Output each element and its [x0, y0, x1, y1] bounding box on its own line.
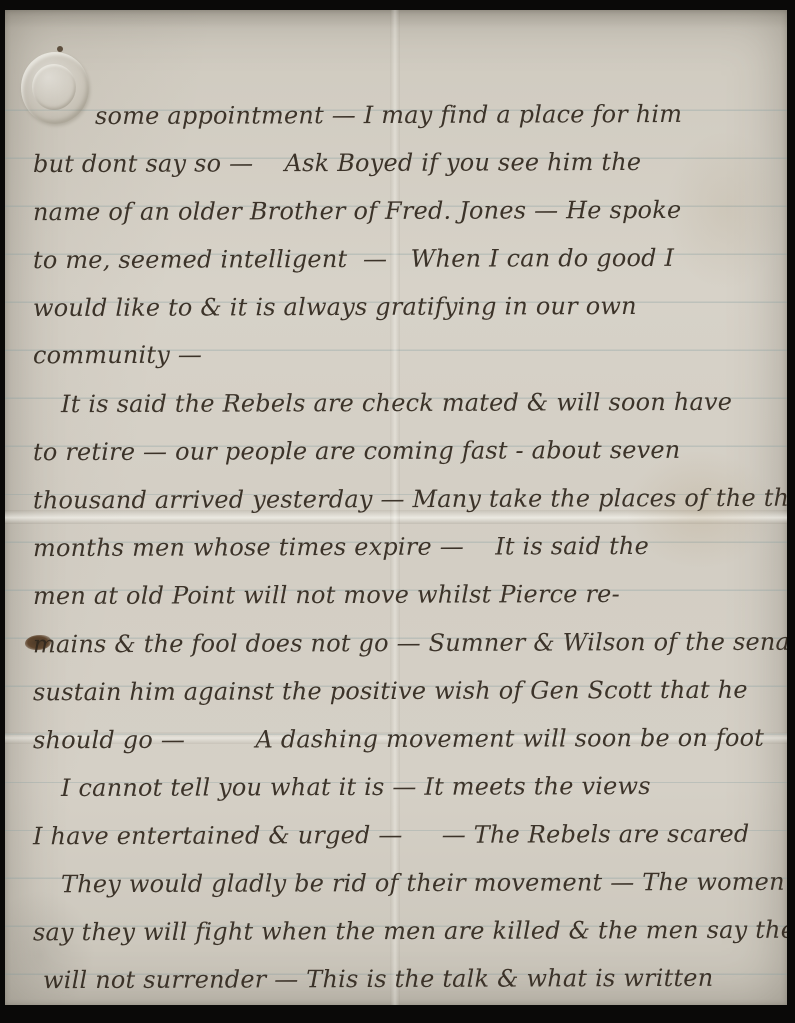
letter-line: I cannot tell you what it is — It meets …: [61, 766, 651, 808]
paper-stain: [5, 890, 95, 1005]
letter-line: men at old Point will not move whilst Pi…: [33, 574, 620, 616]
letter-line: to retire — our people are coming fast -…: [33, 430, 681, 472]
ink-blot: [25, 635, 51, 650]
letter-line: I have entertained & urged — — The Rebel…: [33, 814, 750, 857]
horizontal-fold-crease: [5, 732, 787, 744]
vertical-fold-crease: [390, 10, 400, 1005]
letter-line: They would gladly be rid of their moveme…: [61, 862, 785, 905]
letter-line: mains & the fool does not go — Sumner & …: [33, 622, 787, 665]
letter-line: some appointment — I may find a place fo…: [95, 94, 682, 136]
paper-stain: [665, 130, 785, 290]
letter-line: but dont say so — Ask Boyed if you see h…: [33, 142, 641, 184]
letter-line: sustain him against the positive wish of…: [33, 670, 748, 712]
letter-line: will not surrender — This is the talk & …: [43, 958, 713, 1000]
scanned-letter-frame: some appointment — I may find a place fo…: [0, 0, 795, 1023]
letter-line: community —: [33, 335, 202, 376]
embossed-paper-seal: [21, 52, 89, 124]
letter-paper: some appointment — I may find a place fo…: [5, 10, 787, 1005]
letter-line: to me, seemed intelligent — When I can d…: [33, 238, 674, 280]
letter-line: should go — A dashing movement will soon…: [33, 718, 764, 761]
letter-line: name of an older Brother of Fred. Jones …: [33, 190, 681, 232]
paper-stain: [625, 450, 775, 570]
letter-line: would like to & it is always gratifying …: [33, 286, 637, 328]
letter-line: months men whose times expire — It is sa…: [33, 526, 649, 568]
letter-line: It is said the Rebels are check mated & …: [61, 382, 732, 424]
letter-line: say they will fight when the men are kil…: [33, 910, 787, 953]
ink-speck: [57, 46, 63, 52]
